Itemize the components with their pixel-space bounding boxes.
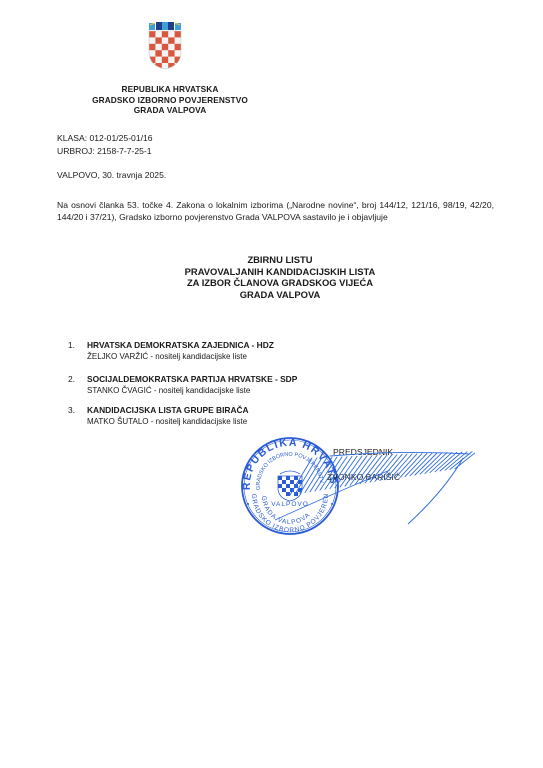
list-holder: MATKO ŠUTALO - nositelj kandidacijske li…	[87, 416, 247, 428]
header-line: REPUBLIKA HRVATSKA	[60, 84, 280, 95]
list-number: 2.	[68, 373, 82, 385]
issuer-header: REPUBLIKA HRVATSKA GRADSKO IZBORNO POVJE…	[60, 84, 280, 116]
place-date: VALPOVO, 30. travnja 2025.	[57, 169, 166, 182]
intro-paragraph: Na osnovi članka 53. točke 4. Zakona o l…	[57, 200, 494, 223]
header-line: GRADA VALPOVA	[60, 105, 280, 116]
list-holder: STANKO ČVAGIĆ - nositelj kandidacijske l…	[87, 385, 250, 397]
party-name: KANDIDACIJSKA LISTA GRUPE BIRAČA	[87, 404, 249, 416]
party-name: SOCIJALDEMOKRATSKA PARTIJA HRVATSKE - SD…	[87, 373, 297, 385]
document-title: ZBIRNU LISTU PRAVOVALJANIH KANDIDACIJSKI…	[150, 254, 410, 300]
klasa: KLASA: 012-01/25-01/16	[57, 132, 153, 145]
header-line: GRADSKO IZBORNO POVJERENSTVO	[60, 95, 280, 106]
title-line: ZA IZBOR ČLANOVA GRADSKOG VIJEĆA	[150, 277, 410, 289]
title-line: ZBIRNU LISTU	[150, 254, 410, 266]
list-number: 3.	[68, 404, 82, 416]
list-holder: ŽELJKO VARŽIĆ - nositelj kandidacijske l…	[87, 351, 247, 363]
coat-of-arms-icon	[143, 22, 187, 70]
list-number: 1.	[68, 339, 82, 351]
title-line: PRAVOVALJANIH KANDIDACIJSKIH LISTA	[150, 266, 410, 278]
signature-scribble-icon	[270, 440, 475, 535]
urbroj: URBROJ: 2158-7-7-25-1	[57, 145, 152, 158]
party-name: HRVATSKA DEMOKRATSKA ZAJEDNICA - HDZ	[87, 339, 274, 351]
title-line: GRADA VALPOVA	[150, 289, 410, 301]
